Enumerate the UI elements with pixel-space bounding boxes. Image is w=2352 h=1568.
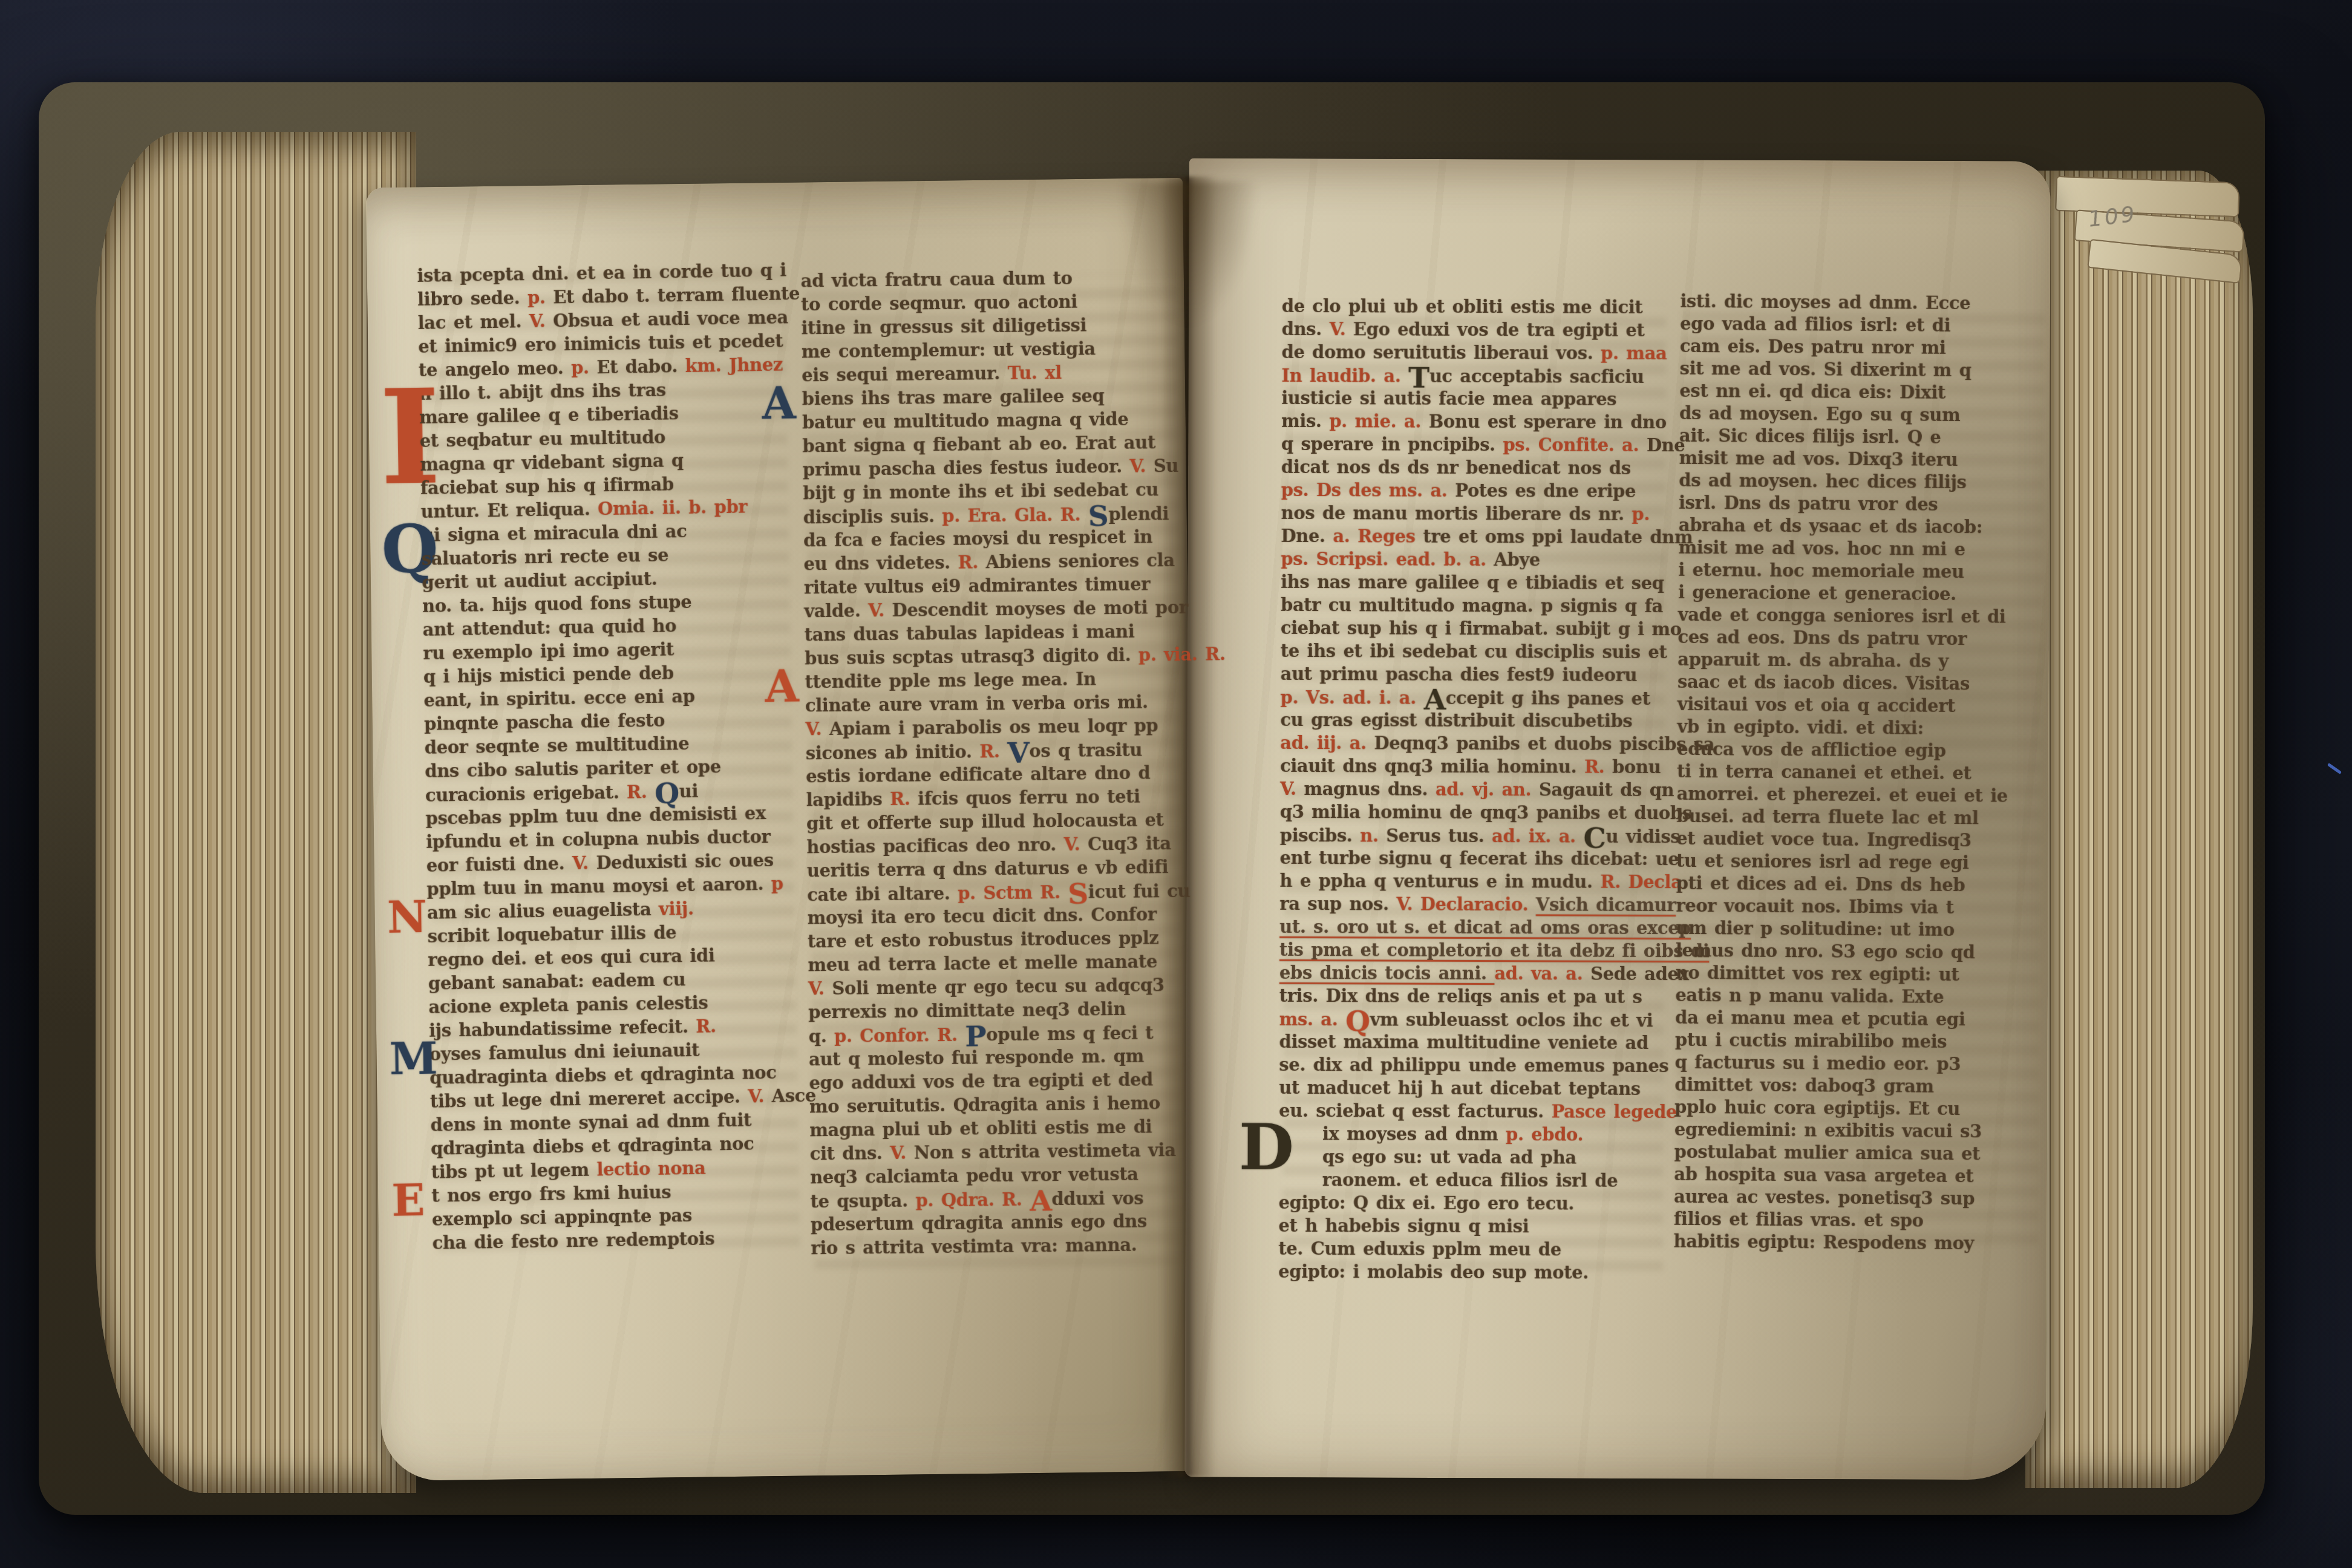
text-line: egipto: Q dix ei. Ego ero tecu. [1279, 1191, 1675, 1215]
text-line: valde. V. Descendit moyses de moti por [804, 596, 1194, 624]
body-text: um dier p solitudine: ut imo [1676, 918, 1955, 940]
body-text: da ei manu mea et pcutia egi [1675, 1007, 1965, 1030]
body-text: bus suis scptas utrasq3 digito di. [805, 645, 1138, 669]
photo-background: { "book": { "folio_number": "109", "colo… [0, 0, 2352, 1568]
text-line: eis sequi mereamur. Tu. xl [802, 360, 1192, 388]
body-text: magna plui ub et obliti estis me di [809, 1116, 1152, 1140]
text-line: ptu i cuctis mirabilibo meis [1675, 1029, 2056, 1054]
text-line: itine in gressus sit diligetissi [801, 313, 1191, 341]
body-text: Sede adex [1590, 964, 1689, 985]
body-text: ru exemplo ipi imo agerit [423, 639, 674, 664]
text-line: misit me ad vos. Dixq3 iteru [1679, 447, 2060, 472]
text-line: ait. Sic dices filijs isrl. Q e [1679, 425, 2060, 449]
body-text: Dne. [1281, 526, 1333, 546]
body-text: faciebat sup his q ifirmab [420, 474, 674, 498]
body-text: isti. dic moyses ad dnm. Ecce [1680, 291, 1970, 313]
body-text: pti et dices ad ei. Dns ds heb [1676, 873, 1965, 895]
rubric-text: km. Jhnez [685, 354, 783, 376]
text-line: clinate aure vram in verba oris mi. [805, 690, 1195, 718]
body-text: lac et mel. [417, 311, 529, 333]
text-line: me contemplemur: ut vestigia [802, 336, 1192, 364]
body-text: piscibs. [1280, 825, 1361, 846]
text-line: tans duas tabulas lapideas i mani [805, 619, 1195, 647]
body-text: habitis egiptu: Respodens moy [1673, 1231, 1974, 1253]
body-text: reor vocauit nos. Ibims via t [1676, 895, 1953, 918]
body-text: tibs ut lege dni mereret accipe. [430, 1086, 748, 1112]
text-line: tare et esto robustus itroduces pplz [808, 926, 1198, 954]
body-text: eor fuisti dne. [426, 853, 573, 876]
rubric-text: ut. s. oro ut s. et dicat ad oms oras ex… [1279, 916, 1691, 938]
text-line: egipto: i molabis deo sup mote. [1278, 1260, 1674, 1284]
text-line: filios et filias vras. et spo [1674, 1208, 2055, 1233]
text-line: dicat nos ds ds nr benedicat nos ds [1281, 456, 1677, 480]
body-text: de clo plui ub et obliti estis me dicit [1282, 296, 1643, 318]
text-line: sicones ab initio. R. Vos q trasitu [806, 737, 1196, 765]
text-line: mo seruitutis. Qdragita anis i hemo [809, 1091, 1200, 1119]
body-text: cate ibi altare. [807, 883, 958, 906]
body-text: mare galilee q e tiberiadis [419, 403, 679, 428]
rubric-text: Vsich dicamur [1536, 894, 1676, 915]
body-text: abraha et ds ysaac et ds iacob: [1679, 515, 1983, 538]
body-text: Deqnq3 panibs et duobs piscibs sa [1374, 733, 1714, 754]
body-text: Non s attrita vestimeta via [913, 1140, 1175, 1163]
body-text: magna qr videbant signa q [420, 450, 684, 475]
body-text: t nos ergo frs kmi huius [431, 1182, 671, 1206]
body-text: ueritis terra q dns daturus e vb edifi [807, 857, 1169, 881]
text-line: ego adduxi vos de tra egipti et ded [809, 1068, 1199, 1096]
body-text: ix moyses ad dnm [1322, 1123, 1506, 1145]
rubric-text: p. Era. Gla. R. [942, 504, 1088, 526]
body-text: Sagauit ds qn [1539, 779, 1674, 800]
text-line: ciauit dns qnq3 milia hominu. R. bonu [1280, 754, 1676, 779]
body-text: hostias pacificas deo nro. [806, 834, 1064, 857]
body-text: et h habebis signu q misi [1278, 1215, 1529, 1236]
body-text: eis sequi mereamur. [802, 363, 1008, 386]
body-text: apparuit m. ds abraha. ds y [1677, 649, 1949, 671]
body-text: moysi ita ero tecu dicit dns. Confor [807, 904, 1156, 928]
text-line: abraha et ds ysaac et ds iacob: [1679, 514, 2060, 539]
blue-thread-on-cloth [2327, 763, 2342, 774]
body-text: tre et oms ppi laudate dnm [1423, 526, 1693, 548]
text-line: batr cu multitudo magna. p signis q fa [1281, 593, 1677, 618]
text-line: dns. V. Ego eduxi vos de tra egipti et [1282, 318, 1678, 342]
body-text: rio s attrita vestimta vra: manna. [811, 1235, 1137, 1259]
rubric-text: ad. ix. a. [1492, 826, 1583, 847]
body-text: saluatoris nri recte eu se [422, 544, 669, 569]
body-text: scribit loquebatur illis de [427, 922, 676, 946]
body-text: regno dei. et eos qui cura idi [428, 945, 715, 970]
body-text: dns. [1282, 319, 1330, 339]
body-text: postulabat mulier amica sua et [1674, 1142, 1981, 1165]
body-text: curacionis erigebat. [425, 782, 627, 806]
text-line: aut q molesto fui responde m. qm [809, 1044, 1199, 1072]
rubric-text: p. Sctm R. [958, 882, 1068, 904]
body-text: eatis n p manu valida. Exte [1675, 985, 1944, 1007]
text-line: moysi ita ero tecu dicit dns. Confor [807, 903, 1197, 930]
left-page-column-1: ista pcepta dni. et ea in corde tuo q il… [417, 258, 808, 1255]
body-text: filios et filias vras. et spo [1674, 1209, 1924, 1231]
body-text: untur. Et reliqua. [420, 498, 598, 522]
body-text: to corde seqmur. quo actoni [801, 292, 1077, 315]
body-text: et audiet voce tua. Ingredisq3 [1676, 828, 1971, 851]
body-text: ait. Sic dices filijs isrl. Q e [1679, 425, 1941, 448]
rubric-text: ebs dnicis tocis anni. [1279, 962, 1495, 984]
body-text: ego vada ad filios isrl: et di [1680, 313, 1950, 336]
body-text: batr cu multitudo magna. p signis q fa [1281, 595, 1663, 616]
text-line: V. magnus dns. ad. vj. an. Sagauit ds qn [1280, 777, 1676, 802]
body-text: pscebas pplm tuu dne demisisti ex [425, 803, 766, 829]
body-text: i eternu. hoc memoriale meu [1678, 560, 1964, 582]
body-text: ad victa fratru caua dum to [800, 268, 1072, 292]
text-line: isrl. Dns ds patru vror des [1679, 492, 2060, 517]
text-line: habitis egiptu: Respodens moy [1673, 1230, 2054, 1255]
body-text: h e ppha q venturus e in mudu. [1279, 871, 1600, 892]
rubric-text: R. Decla [1600, 872, 1682, 892]
body-text: et inimic9 ero inimicis tuis et pcedet [418, 330, 783, 356]
text-line: magna plui ub et obliti estis me di [809, 1115, 1200, 1143]
text-line: ihs nas mare galilee q e tibiadis et seq [1281, 570, 1677, 595]
body-text: primu pascha dies festus iudeor. [803, 456, 1130, 480]
body-text: opule ms q feci t [986, 1022, 1153, 1045]
body-text: ptu i cuctis mirabilibo meis [1675, 1030, 1947, 1052]
body-text: Serus tus. [1386, 825, 1492, 846]
rubric-text: lectio nona [596, 1158, 705, 1180]
body-text: Apiam i parabolis os meu loqr pp [829, 715, 1158, 739]
body-text: gebant sanabat: eadem cu [428, 969, 686, 994]
body-text: eu dns videtes. [803, 552, 958, 575]
text-line: mis. p. mie. a. Bonu est sperare in dno [1281, 410, 1677, 434]
rubric-text: ps. Confite. a. [1503, 434, 1647, 456]
body-text: Descendit moyses de moti por [892, 597, 1187, 621]
body-text: mo seruitutis. Qdragita anis i hemo [809, 1093, 1160, 1117]
body-text: ds ad moysen. Ego su q sum [1679, 403, 1960, 425]
body-text: et seqbatur eu multitudo [419, 427, 665, 451]
rubric-text: ps. Ds des ms. a. [1281, 480, 1455, 501]
body-text: clinate aure vram in verba oris mi. [805, 691, 1148, 716]
text-line: ab hospita sua vasa argetea et [1674, 1163, 2055, 1188]
illuminated-initial: A [765, 667, 799, 706]
body-text: deor seqnte se multitudine [424, 733, 689, 758]
text-line: dimittet vos: daboq3 gram [1674, 1074, 2056, 1099]
rubric-text: V. [1280, 779, 1304, 799]
text-line: nos de manu mortis liberare ds nr. p. [1281, 501, 1677, 526]
rubric-text: p. Confor. R. [834, 1025, 965, 1047]
body-text: q. [809, 1026, 835, 1047]
text-line: vade et congga seniores isrl et di [1678, 604, 2059, 629]
body-text: me contemplemur: ut vestigia [802, 338, 1096, 362]
body-text: oyses famulus dni ieiunauit [429, 1040, 699, 1065]
rubric-text: V. Declaracio. [1396, 894, 1536, 915]
body-text: tu et seniores isrl ad rege egi [1676, 851, 1969, 873]
body-text: os q trasitu [1029, 740, 1142, 762]
body-text: ces ad eos. Dns ds patru vror [1677, 627, 1967, 649]
body-text: educa vos de afflictioe egip [1677, 739, 1946, 761]
text-line: disciplis suis. p. Era. Gla. R. Splendi [803, 501, 1194, 529]
text-line: de clo plui ub et obliti estis me dicit [1282, 295, 1678, 319]
body-text: q sperare in pncipibs. [1281, 434, 1503, 455]
text-line: de domo seruitutis liberaui vos. p. maa [1281, 341, 1677, 365]
text-line: q3 milia hominu de qnq3 panibs et duobs [1280, 800, 1676, 825]
body-text: egrediemini: n exibitis vacui s3 [1674, 1119, 1982, 1142]
body-text: raonem. et educa filios isrl de [1322, 1169, 1618, 1191]
body-text: ds ad moysen. hec dices filijs [1679, 470, 1966, 492]
body-text: Potes es dne eripe [1455, 480, 1636, 501]
body-text: lemus dno nro. S3 ego scio qd [1676, 940, 1975, 962]
text-line: reor vocauit nos. Ibims via t [1676, 895, 2057, 920]
text-line: perrexis no dimittate neq3 delin [808, 997, 1198, 1025]
illuminated-initial: A [762, 384, 795, 423]
body-text: eu. sciebat q esst facturus. [1279, 1100, 1552, 1122]
text-line: piscibs. n. Serus tus. ad. ix. a. Cu vid… [1280, 823, 1676, 848]
body-text: i generacione et generacioe. [1678, 582, 1956, 604]
text-line: cu gras egisst distribuit discubetibs [1280, 708, 1676, 733]
body-text: ent turbe signu q fecerat ihs dicebat: u… [1280, 848, 1679, 869]
text-line: i generacione et generacioe. [1678, 581, 2059, 606]
text-line: batur eu multitudo magna q vide [802, 407, 1192, 435]
body-text: cit dns. [810, 1143, 890, 1164]
text-line: egrediemini: n exibitis vacui s3 [1674, 1119, 2056, 1143]
text-line: ego vada ad filios isrl: et di [1680, 313, 2061, 338]
rubric-text: ad. iij. a. [1280, 733, 1374, 754]
body-text: ritate vultus ei9 admirantes timuer [804, 573, 1150, 598]
body-text: se. dix ad philippu unde ememus panes [1279, 1054, 1668, 1076]
body-text: uc acceptabis sacficiu [1429, 366, 1644, 387]
body-text: vb in egipto. vidi. et dixi: [1677, 716, 1923, 739]
body-text: q3 milia hominu de qnq3 panibs et duobs [1280, 802, 1692, 823]
body-text: ra sup nos. [1279, 893, 1396, 915]
body-text: dens in monte synai ad dnm fuit [430, 1109, 751, 1135]
rubric-text: V. [748, 1086, 772, 1107]
body-text: u vidiss [1606, 826, 1680, 847]
rubric-text: tis pma et completorio et ita debz fi oi… [1279, 939, 1709, 961]
body-text: ut maducet hij h aut dicebat teptans [1279, 1077, 1641, 1099]
text-line: busei. ad terra fluete lac et ml [1676, 805, 2057, 830]
text-line: te qsupta. p. Qdra. R. Adduxi vos [810, 1186, 1200, 1214]
text-line: ces ad eos. Dns ds patru vror [1677, 626, 2059, 651]
body-text: qs ego su: ut vada ad pha [1322, 1146, 1576, 1168]
rubric-text: V. [808, 978, 832, 999]
body-text: dicat nos ds ds nr benedicat nos ds [1281, 457, 1631, 479]
text-line: ueritis terra q dns daturus e vb edifi [807, 855, 1197, 883]
text-line: Dix moyses ad dnm p. ebdo. [1279, 1122, 1675, 1146]
rubric-text: R. [696, 1016, 716, 1037]
body-text: ttendite pple ms lege mea. In [805, 668, 1096, 692]
rubric-text: In laudib. a. [1281, 365, 1408, 387]
body-text: ipfundu et in colupna nubis ductor [426, 826, 771, 852]
body-text: bant signa q fiebant ab eo. Erat aut [802, 432, 1155, 456]
body-text: no dimittet vos rex egipti: ut [1676, 962, 1959, 985]
body-text: tans duas tabulas lapideas i mani [805, 621, 1135, 645]
body-text: ihs nas mare galilee q e tibiadis et seq [1281, 572, 1664, 593]
body-text: pplm tuu in manu moysi et aaron. [426, 874, 771, 900]
text-line: ent turbe signu q fecerat ihs dicebat: u… [1280, 846, 1676, 871]
body-text: cu gras egisst distribuit discubetibs [1280, 710, 1632, 731]
text-line: iusticie si autis facie mea appares [1281, 387, 1677, 411]
text-line: bant signa q fiebant ab eo. Erat aut [802, 431, 1192, 459]
rubric-text: p. Qdra. R. [915, 1189, 1030, 1211]
text-line: bus suis scptas utrasq3 digito di. p. vi… [805, 643, 1195, 671]
text-line: da ei manu mea et pcutia egi [1675, 1007, 2056, 1031]
body-text: Deduxisti sic oues [596, 850, 774, 874]
rubric-text: ms. a. [1279, 1009, 1346, 1030]
body-text: Cuq3 ita [1088, 833, 1171, 854]
rubric-text: p. via. R. [1138, 644, 1226, 665]
body-text: iusticie si autis facie mea appares [1281, 388, 1616, 410]
text-line: se. dix ad philippu unde ememus panes [1279, 1053, 1675, 1077]
body-text: sicones ab initio. [806, 741, 980, 763]
body-text: Bonu est sperare in dno [1429, 411, 1667, 433]
body-text: eant, in spiritu. ecce eni ap [423, 686, 695, 711]
text-line: lemus dno nro. S3 ego scio qd [1676, 939, 2057, 964]
body-text: pdesertum qdragita annis ego dns [811, 1211, 1147, 1235]
rubric-text: R. [979, 741, 1007, 762]
text-line: to corde seqmur. quo actoni [801, 289, 1191, 317]
rubric-text: a. Reges [1333, 526, 1423, 547]
body-text: Ego eduxi vos de tra egipti et [1353, 319, 1645, 341]
text-line: i eternu. hoc memoriale meu [1678, 559, 2059, 584]
text-line: te. Cum eduxis pplm meu de [1278, 1237, 1674, 1261]
rubric-text: p. Vs. ad. i. a. [1280, 687, 1423, 708]
rubric-text: ad. va. a. [1494, 963, 1590, 984]
text-line: vb in egipto. vidi. et dixi: [1677, 716, 2058, 740]
body-text: vade et congga seniores isrl et di [1678, 604, 2006, 627]
body-text: ti in terra cananei et ethei. et [1677, 761, 1971, 783]
body-text: te qsupta. [810, 1191, 915, 1212]
rubric-text: R. [1584, 757, 1612, 777]
text-line: estis iordane edificate altare dno d [806, 761, 1196, 789]
body-text: magnus dns. [1304, 779, 1436, 800]
body-text: no. ta. hijs quod fons stupe [422, 592, 692, 616]
right-page-column-1: de clo plui ub et obliti estis me dicitd… [1278, 295, 1678, 1284]
text-line: hostias pacificas deo nro. V. Cuq3 ita [806, 832, 1197, 860]
rubric-text: Tu. xl [1007, 362, 1061, 384]
body-text: q i hijs mistici pende deb [423, 662, 674, 687]
text-line: ritate vultus ei9 admirantes timuer [804, 572, 1194, 600]
text-line: Abiens ihs tras mare galilee seq [802, 384, 1192, 411]
body-text: Obsua et audi voce mea [553, 307, 788, 331]
rubric-text: V. [805, 719, 829, 739]
rubric-text: n. [1360, 825, 1386, 846]
body-text: te ihs et ibi sedebat cu disciplis suis … [1281, 641, 1667, 662]
rubric-text: V. [1329, 319, 1353, 339]
body-text: ijs habundatissime refecit. [429, 1016, 696, 1041]
body-text: qdraginta diebs et qdraginta noc [431, 1133, 754, 1158]
text-line: neq3 calciamta pedu vror vetusta [810, 1162, 1200, 1190]
rubric-text: ps. Scripsi. ead. b. a. [1281, 549, 1494, 570]
text-line: V. Apiam i parabolis os meu loqr pp [805, 714, 1195, 742]
body-text: aut primu pascha dies fest9 iudeoru [1281, 664, 1638, 685]
right-page-column-2: isti. dic moyses ad dnm. Ecceego vada ad… [1673, 290, 2061, 1255]
text-line: ti in terra cananei et ethei. et [1677, 760, 2058, 785]
body-text: valde. [804, 600, 868, 621]
rubric-text: p. maa [1601, 343, 1667, 364]
body-text: dduxi vos [1051, 1188, 1143, 1210]
text-line: te ihs et ibi sedebat cu disciplis suis … [1281, 639, 1677, 664]
body-text: cam eis. Des patru nror mi [1680, 336, 1946, 358]
text-line: h e ppha q venturus e in mudu. R. Decla [1279, 869, 1676, 893]
body-text: tare et esto robustus itroduces pplz [808, 927, 1159, 952]
text-line: isti. dic moyses ad dnm. Ecce [1680, 290, 2061, 315]
rubric-text: p. mie. a. [1329, 411, 1429, 432]
text-line: rio s attrita vestimta vra: manna. [811, 1233, 1201, 1261]
body-text: ccepit g ihs panes et [1446, 688, 1650, 709]
illuminated-initial: E [391, 1181, 425, 1221]
body-text: misit me ad vos. hoc nn mi e [1678, 537, 1965, 560]
body-text: ciebat sup his q i firmabat. subijt g i … [1281, 618, 1682, 639]
text-line: ps. Scripsi. ead. b. a. Abye [1281, 547, 1677, 572]
body-text: mis. [1281, 411, 1329, 431]
body-text: est nn ei. qd dica eis: Dixit [1679, 381, 1945, 403]
body-text: pplo huic cora egiptijs. Et cu [1674, 1097, 1960, 1119]
body-text: te angelo meo. [419, 358, 572, 381]
body-text: isrl. Dns ds patru vror des [1679, 492, 1938, 515]
text-line: eu. sciebat q esst facturus. Pasce leged… [1279, 1099, 1675, 1123]
body-text: da fca e facies moysi du respicet in [803, 526, 1152, 550]
text-line: ds ad moysen. hec dices filijs [1679, 469, 2060, 494]
text-line: visitaui vos et oia q accidert [1677, 693, 2059, 718]
text-line: postulabat mulier amica sua et [1674, 1141, 2055, 1166]
text-line: educa vos de afflictioe egip [1677, 738, 2058, 763]
body-text: cha die festo nre redemptois [432, 1228, 714, 1253]
body-text: neq3 calciamta pedu vror vetusta [810, 1164, 1138, 1188]
rubric-text: p. ebdo. [1506, 1124, 1583, 1145]
text-line: Attendite pple ms lege mea. In [805, 667, 1195, 694]
rubric-text: Pasce legede [1551, 1101, 1677, 1122]
rubric-text: p. [528, 287, 554, 308]
text-line: cate ibi altare. p. Sctm R. Sicut fui cu [807, 879, 1197, 907]
rubric-text: Omia. ii. b. pbr [598, 496, 748, 519]
body-text: amorrei. et pherezei. et euei et ie [1677, 783, 2008, 806]
text-line: pdesertum qdragita annis ego dns [811, 1209, 1201, 1237]
text-line: q facturus su i medio eor. p3 [1675, 1051, 2056, 1076]
text-line: ad. iij. a. Deqnq3 panibs et duobs pisci… [1280, 731, 1676, 756]
body-text: dimittet vos: daboq3 gram [1674, 1074, 1934, 1097]
body-text: ista pcepta dni. et ea in corde tuo q i [417, 260, 786, 286]
text-line: lapidibs R. ifcis quos ferru no teti [806, 785, 1196, 812]
body-text: estis iordane edificate altare dno d [806, 762, 1150, 786]
text-line: ra sup nos. V. Declaracio. Vsich dicamur [1279, 892, 1676, 916]
text-line: pplo huic cora egiptijs. Et cu [1674, 1096, 2056, 1121]
body-text: icut fui cu [1088, 881, 1191, 903]
text-line: In laudib. a. Tuc acceptabis sacficiu [1281, 364, 1677, 388]
text-line: p. Vs. ad. i. a. Accepit g ihs panes et [1280, 685, 1676, 710]
text-line: ds ad moysen. Ego su q sum [1679, 402, 2060, 427]
body-text: git et offerte sup illud holocausta et [806, 809, 1164, 834]
body-text: ego adduxi vos de tra egipti et ded [809, 1069, 1153, 1093]
text-line: raonem. et educa filios isrl de [1279, 1168, 1675, 1192]
body-text: meu ad terra lacte et melle manate [808, 951, 1157, 975]
rubric-text: p. [571, 357, 597, 378]
body-text: biens ihs tras mare galilee seq [802, 385, 1105, 409]
body-text: sit me ad vos. Si dixerint m q [1680, 358, 1971, 381]
text-line: bijt g in monte ihs et ibi sedebat cu [803, 478, 1193, 506]
text-line: sit me ad vos. Si dixerint m q [1680, 358, 2061, 382]
body-text: Soli mente qr ego tecu su adqcq3 [832, 975, 1165, 999]
body-text: Su [1154, 456, 1179, 476]
rubric-text: V. [529, 310, 553, 332]
body-text: te. Cum eduxis pplm meu de [1278, 1238, 1561, 1260]
rubric-text: ad. vj. an. [1436, 779, 1539, 800]
rubric-text: V. [890, 1143, 914, 1163]
text-line: meu ad terra lacte et melle manate [808, 950, 1198, 978]
text-line: aut primu pascha dies fest9 iudeoru [1281, 662, 1677, 687]
rubric-text: viij. [659, 898, 694, 920]
rubric-text: p [771, 874, 783, 894]
text-line: V. Soli mente qr ego tecu su adqcq3 [808, 973, 1198, 1001]
text-line: ut. s. oro ut s. et dicat ad oms oras ex… [1279, 915, 1676, 939]
body-text: vm subleuasst oclos ihc et vi [1370, 1009, 1653, 1031]
text-line: cam eis. Des patru nror mi [1680, 335, 2061, 360]
